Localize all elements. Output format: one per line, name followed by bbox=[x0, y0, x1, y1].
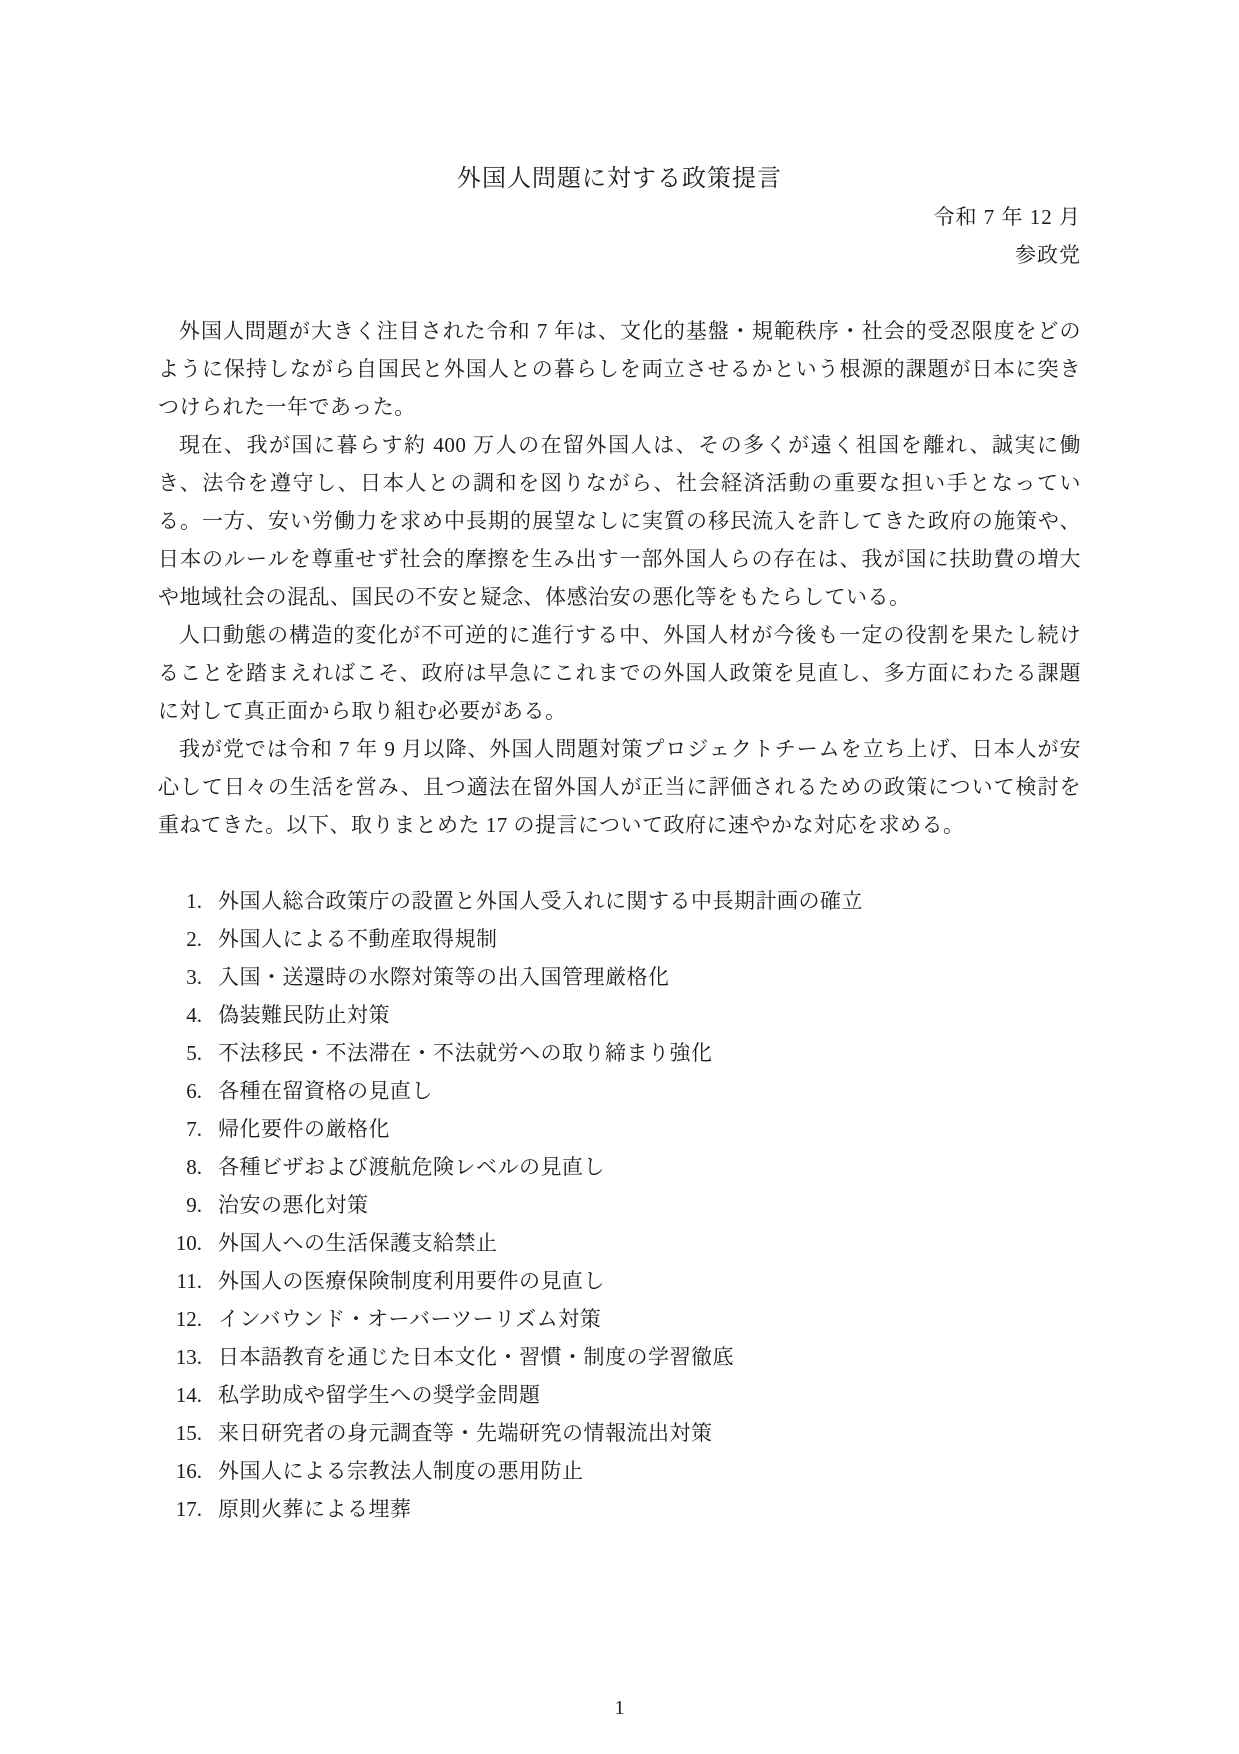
proposal-item-number: 5. bbox=[158, 1034, 202, 1072]
proposal-list-item: 12. インバウンド・オーバーツーリズム対策 bbox=[158, 1300, 1081, 1338]
document-page: 外国人問題に対する政策提言 令和 7 年 12 月 参政党 外国人問題が大きく注… bbox=[0, 0, 1239, 1754]
proposal-item-number: 8. bbox=[158, 1148, 202, 1186]
proposal-item-label: 各種在留資格の見直し bbox=[202, 1072, 433, 1110]
proposal-list: 1. 外国人総合政策庁の設置と外国人受入れに関する中長期計画の確立 2. 外国人… bbox=[158, 882, 1081, 1528]
proposal-item-label: 外国人による不動産取得規制 bbox=[202, 920, 498, 958]
document-title: 外国人問題に対する政策提言 bbox=[158, 160, 1081, 198]
proposal-list-item: 11. 外国人の医療保険制度利用要件の見直し bbox=[158, 1262, 1081, 1300]
proposal-item-label: インバウンド・オーバーツーリズム対策 bbox=[202, 1300, 601, 1338]
document-date: 令和 7 年 12 月 bbox=[158, 198, 1081, 236]
proposal-item-number: 9. bbox=[158, 1186, 202, 1224]
proposal-item-label: 外国人の医療保険制度利用要件の見直し bbox=[202, 1262, 605, 1300]
proposal-item-number: 3. bbox=[158, 958, 202, 996]
proposal-list-item: 17. 原則火葬による埋葬 bbox=[158, 1490, 1081, 1528]
proposal-item-label: 入国・送還時の水際対策等の出入国管理厳格化 bbox=[202, 958, 670, 996]
proposal-item-number: 7. bbox=[158, 1110, 202, 1148]
page-footer: 1 bbox=[0, 1696, 1239, 1720]
proposal-list-item: 7. 帰化要件の厳格化 bbox=[158, 1110, 1081, 1148]
body-paragraph-1: 外国人問題が大きく注目された令和 7 年は、文化的基盤・規範秩序・社会的受忍限度… bbox=[158, 312, 1081, 426]
proposal-item-number: 2. bbox=[158, 920, 202, 958]
body-paragraph-2: 現在、我が国に暮らす約 400 万人の在留外国人は、その多くが遠く祖国を離れ、誠… bbox=[158, 426, 1081, 616]
document-body: 外国人問題が大きく注目された令和 7 年は、文化的基盤・規範秩序・社会的受忍限度… bbox=[158, 312, 1081, 844]
proposal-item-number: 4. bbox=[158, 996, 202, 1034]
proposal-item-label: 日本語教育を通じた日本文化・習慣・制度の学習徹底 bbox=[202, 1338, 734, 1376]
proposal-item-label: 偽装難民防止対策 bbox=[202, 996, 390, 1034]
proposal-list-item: 1. 外国人総合政策庁の設置と外国人受入れに関する中長期計画の確立 bbox=[158, 882, 1081, 920]
page-number: 1 bbox=[615, 1697, 625, 1719]
proposal-item-label: 外国人総合政策庁の設置と外国人受入れに関する中長期計画の確立 bbox=[202, 882, 863, 920]
proposal-item-number: 12. bbox=[158, 1300, 202, 1338]
proposal-list-item: 15. 来日研究者の身元調査等・先端研究の情報流出対策 bbox=[158, 1414, 1081, 1452]
proposal-item-number: 1. bbox=[158, 882, 202, 920]
proposal-list-item: 9. 治安の悪化対策 bbox=[158, 1186, 1081, 1224]
proposal-list-item: 2. 外国人による不動産取得規制 bbox=[158, 920, 1081, 958]
proposal-list-item: 3. 入国・送還時の水際対策等の出入国管理厳格化 bbox=[158, 958, 1081, 996]
body-paragraph-3: 人口動態の構造的変化が不可逆的に進行する中、外国人材が今後も一定の役割を果たし続… bbox=[158, 616, 1081, 730]
proposal-item-label: 不法移民・不法滞在・不法就労への取り締まり強化 bbox=[202, 1034, 713, 1072]
proposal-item-number: 16. bbox=[158, 1452, 202, 1490]
proposal-item-label: 外国人への生活保護支給禁止 bbox=[202, 1224, 498, 1262]
document-author: 参政党 bbox=[158, 236, 1081, 274]
proposal-item-label: 私学助成や留学生への奨学金問題 bbox=[202, 1376, 541, 1414]
body-paragraph-4: 我が党では令和 7 年 9 月以降、外国人問題対策プロジェクトチームを立ち上げ、… bbox=[158, 730, 1081, 844]
proposal-list-item: 6. 各種在留資格の見直し bbox=[158, 1072, 1081, 1110]
proposal-item-label: 帰化要件の厳格化 bbox=[202, 1110, 390, 1148]
proposal-item-number: 14. bbox=[158, 1376, 202, 1414]
proposal-list-item: 13. 日本語教育を通じた日本文化・習慣・制度の学習徹底 bbox=[158, 1338, 1081, 1376]
proposal-list-item: 10. 外国人への生活保護支給禁止 bbox=[158, 1224, 1081, 1262]
proposal-item-label: 外国人による宗教法人制度の悪用防止 bbox=[202, 1452, 584, 1490]
proposal-list-item: 4. 偽装難民防止対策 bbox=[158, 996, 1081, 1034]
proposal-item-number: 15. bbox=[158, 1414, 202, 1452]
proposal-item-number: 6. bbox=[158, 1072, 202, 1110]
proposal-item-label: 各種ビザおよび渡航危険レベルの見直し bbox=[202, 1148, 605, 1186]
proposal-list-item: 14. 私学助成や留学生への奨学金問題 bbox=[158, 1376, 1081, 1414]
proposal-item-number: 13. bbox=[158, 1338, 202, 1376]
proposal-item-label: 来日研究者の身元調査等・先端研究の情報流出対策 bbox=[202, 1414, 713, 1452]
proposal-item-label: 治安の悪化対策 bbox=[202, 1186, 369, 1224]
proposal-list-item: 16. 外国人による宗教法人制度の悪用防止 bbox=[158, 1452, 1081, 1490]
proposal-item-number: 11. bbox=[158, 1262, 202, 1300]
proposal-item-number: 17. bbox=[158, 1490, 202, 1528]
proposal-list-item: 8. 各種ビザおよび渡航危険レベルの見直し bbox=[158, 1148, 1081, 1186]
proposal-list-item: 5. 不法移民・不法滞在・不法就労への取り締まり強化 bbox=[158, 1034, 1081, 1072]
proposal-item-number: 10. bbox=[158, 1224, 202, 1262]
proposal-item-label: 原則火葬による埋葬 bbox=[202, 1490, 412, 1528]
